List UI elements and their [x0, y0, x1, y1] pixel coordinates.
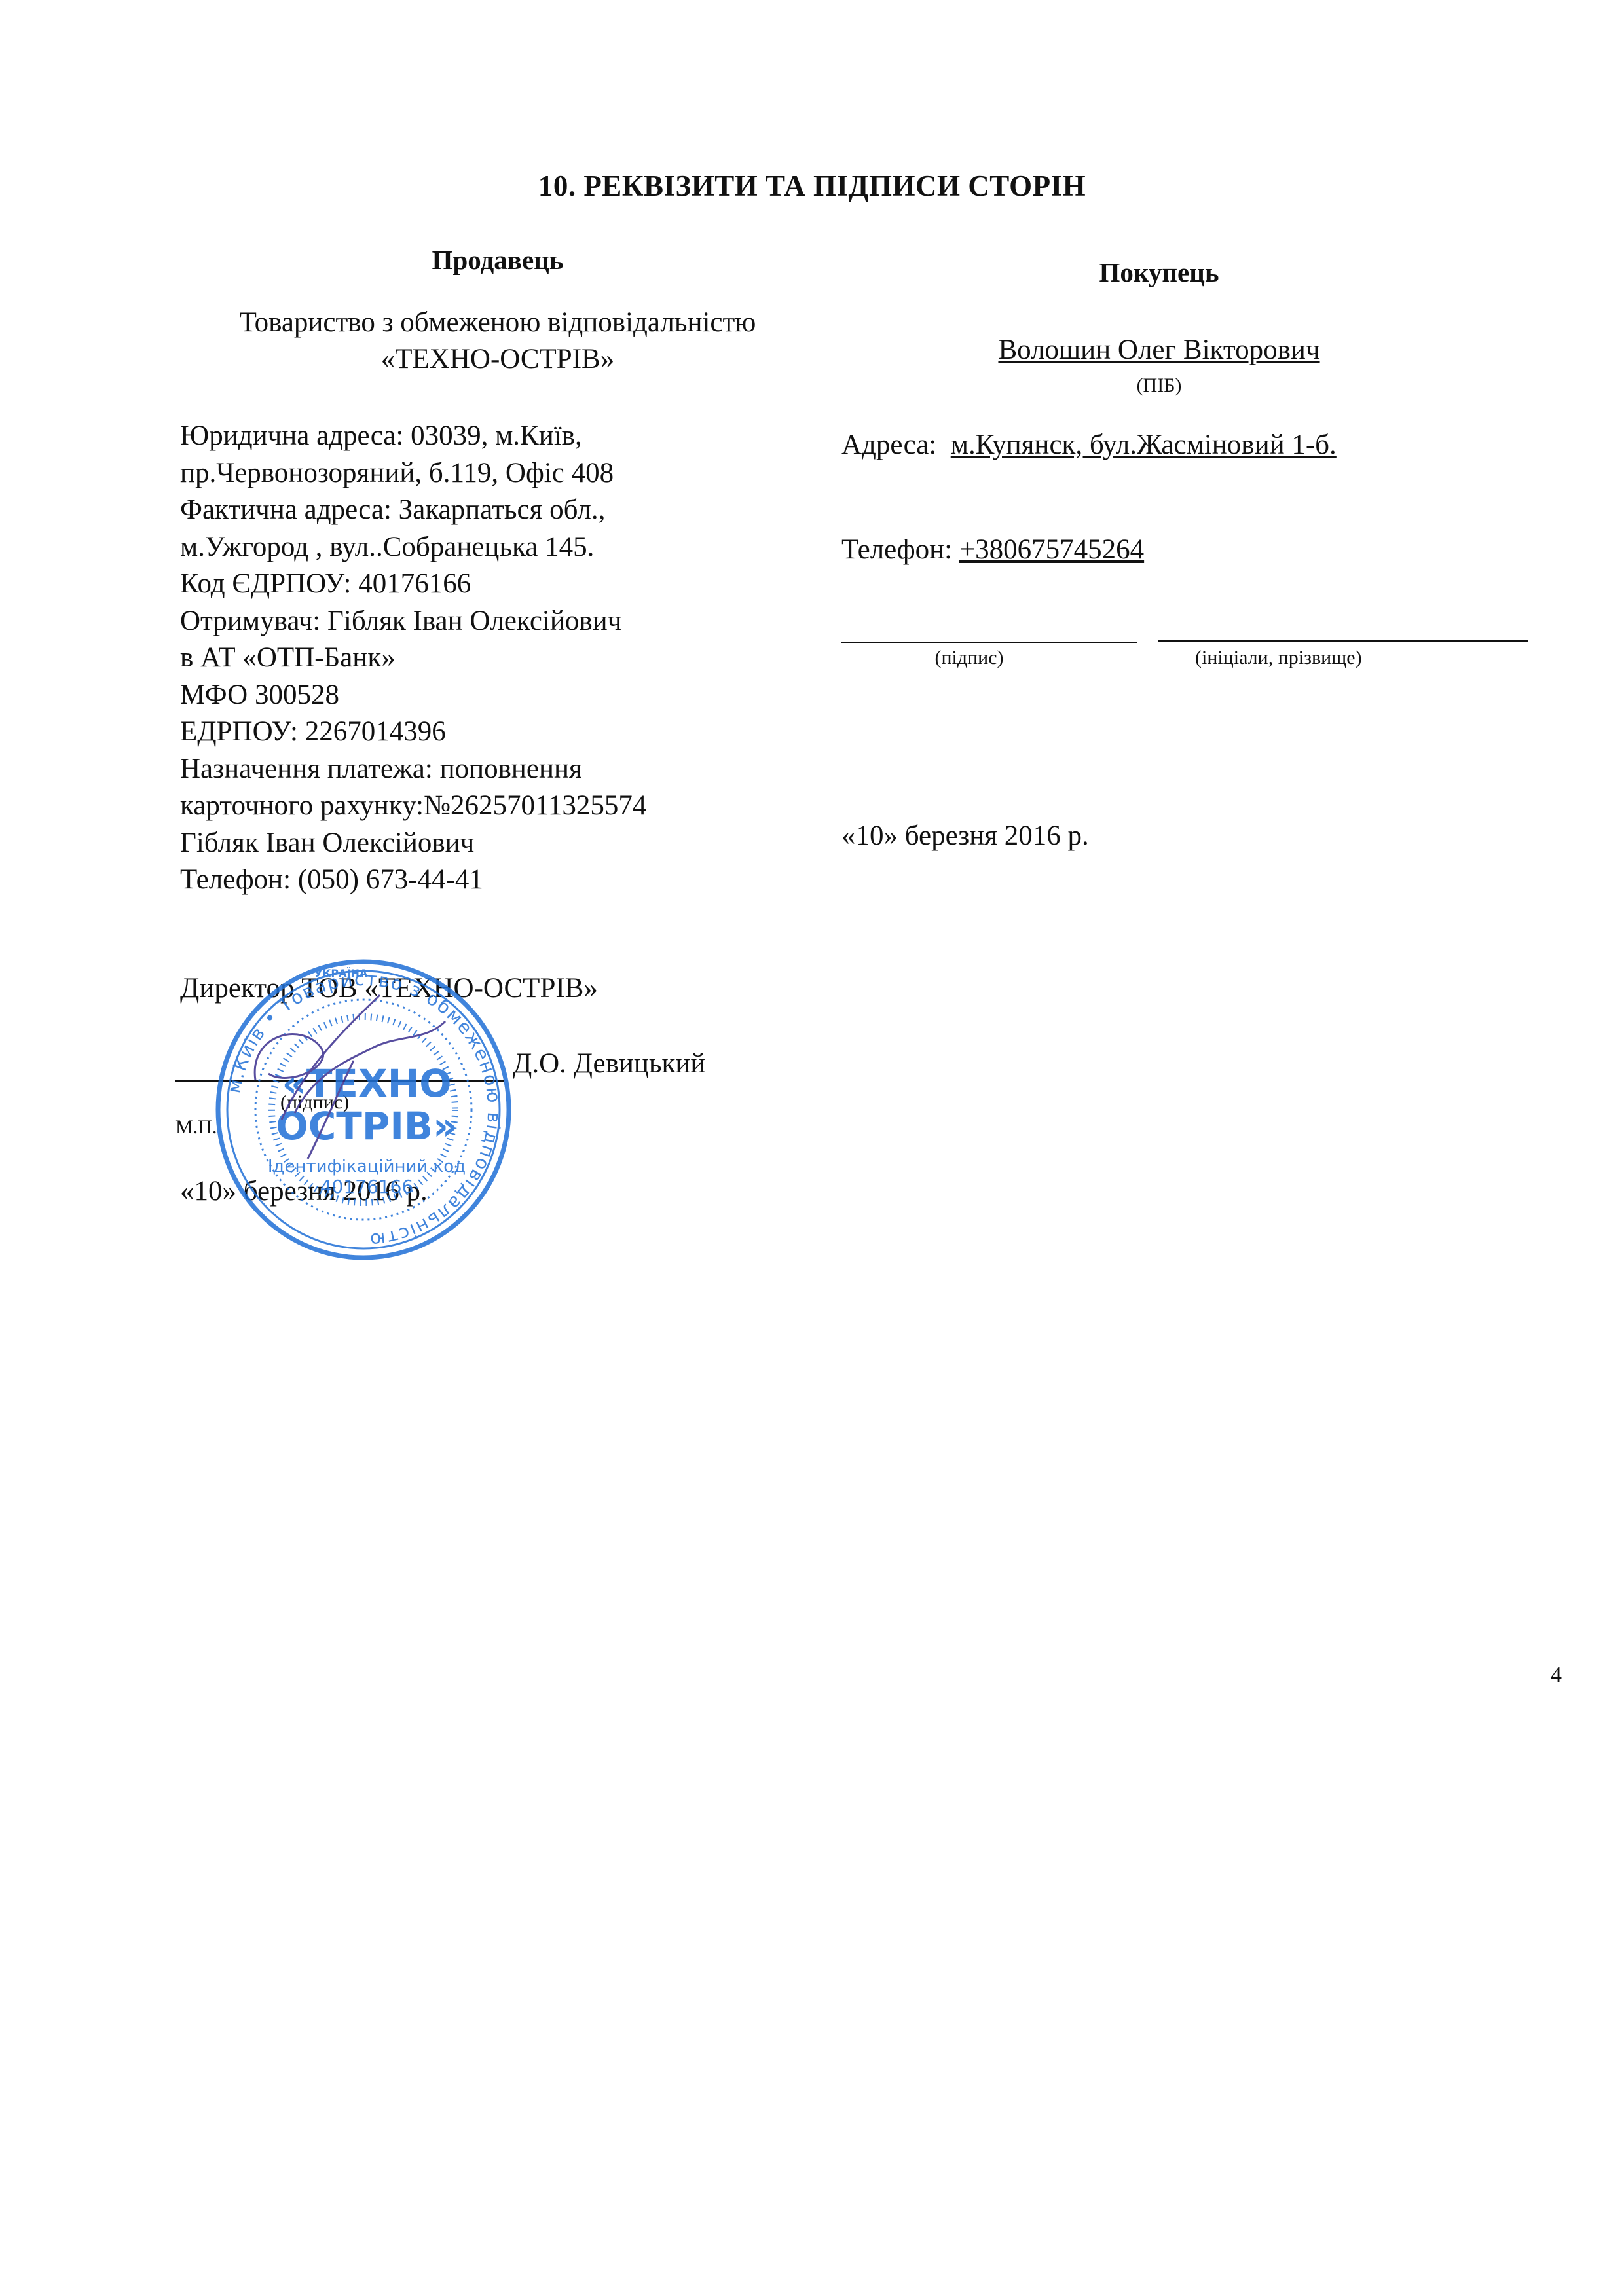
buyer-phone-label: Телефон:: [841, 534, 952, 565]
svg-text:40176166: 40176166: [320, 1176, 414, 1197]
buyer-name-text: Волошин Олег Вікторович: [998, 335, 1319, 365]
seller-company-name: Товариство з обмеженою відповідальністю …: [183, 304, 812, 378]
buyer-address-label: Адреса:: [841, 429, 936, 460]
seller-heading: Продавець: [183, 244, 812, 276]
buyer-address-value: м.Купянск, бул.Жасміновий 1-б.: [951, 429, 1337, 460]
buyer-full-name: Волошин Олег Вікторович: [845, 334, 1473, 366]
seller-details: Юридична адреса: 03039, м.Київ, пр.Черво…: [180, 418, 646, 899]
recipient-edrpou: ЕДРПОУ: 2267014396: [180, 714, 646, 751]
svg-text:Ідентифікаційний код: Ідентифікаційний код: [268, 1157, 466, 1176]
buyer-phone-value: +380675745264: [959, 534, 1144, 565]
actual-address-line-1: Фактична адреса: Закарпаться обл.,: [180, 492, 646, 529]
section-title: 10. РЕКВІЗИТИ ТА ПІДПИСИ СТОРІН: [0, 169, 1624, 203]
company-line-2: «ТЕХНО-ОСТРІВ»: [183, 341, 812, 378]
buyer-name-caption: (ПІБ): [845, 374, 1473, 397]
buyer-signature-caption: (підпис): [877, 647, 1061, 669]
svg-text:ОСТРІВ»: ОСТРІВ»: [276, 1104, 457, 1148]
buyer-signature-line: [841, 642, 1137, 643]
mfo: МФО 300528: [180, 677, 646, 714]
recipient: Отримувач: Гібляк Іван Олексійович: [180, 603, 646, 640]
actual-address-line-2: м.Ужгород , вул..Собранецька 145.: [180, 529, 646, 566]
director-name: Д.О. Девицький: [513, 1048, 705, 1080]
buyer-date: «10» березня 2016 р.: [841, 820, 1089, 852]
payment-holder: Гібляк Іван Олексійович: [180, 825, 646, 862]
company-line-1: Товариство з обмеженою відповідальністю: [183, 304, 812, 341]
svg-text:УКРАЇНА: УКРАЇНА: [314, 967, 368, 979]
edrpou-code: Код ЄДРПОУ: 40176166: [180, 566, 646, 603]
seller-phone: Телефон: (050) 673-44-41: [180, 862, 646, 899]
legal-address-line-2: пр.Червонозоряний, б.119, Офіс 408: [180, 455, 646, 492]
bank-name: в АТ «ОТП-Банк»: [180, 640, 646, 677]
payment-purpose-2: карточного рахунку:№26257011325574: [180, 788, 646, 825]
buyer-initials-line: [1158, 640, 1528, 642]
page-number: 4: [1551, 1663, 1562, 1688]
svg-text:«ТЕХНО: «ТЕХНО: [282, 1061, 451, 1106]
legal-address-line-1: Юридична адреса: 03039, м.Київ,: [180, 418, 646, 455]
buyer-heading: Покупець: [845, 257, 1473, 288]
company-stamp-icon: м.Київ • Товариство з обмеженою відповід…: [210, 956, 517, 1264]
buyer-initials-caption: (ініціали, прізвище): [1195, 647, 1362, 669]
buyer-address: Адреса: м.Купянск, бул.Жасміновий 1-б.: [841, 429, 1337, 461]
payment-purpose-1: Назначення платежа: поповнення: [180, 751, 646, 788]
buyer-phone: Телефон: +380675745264: [841, 534, 1144, 566]
